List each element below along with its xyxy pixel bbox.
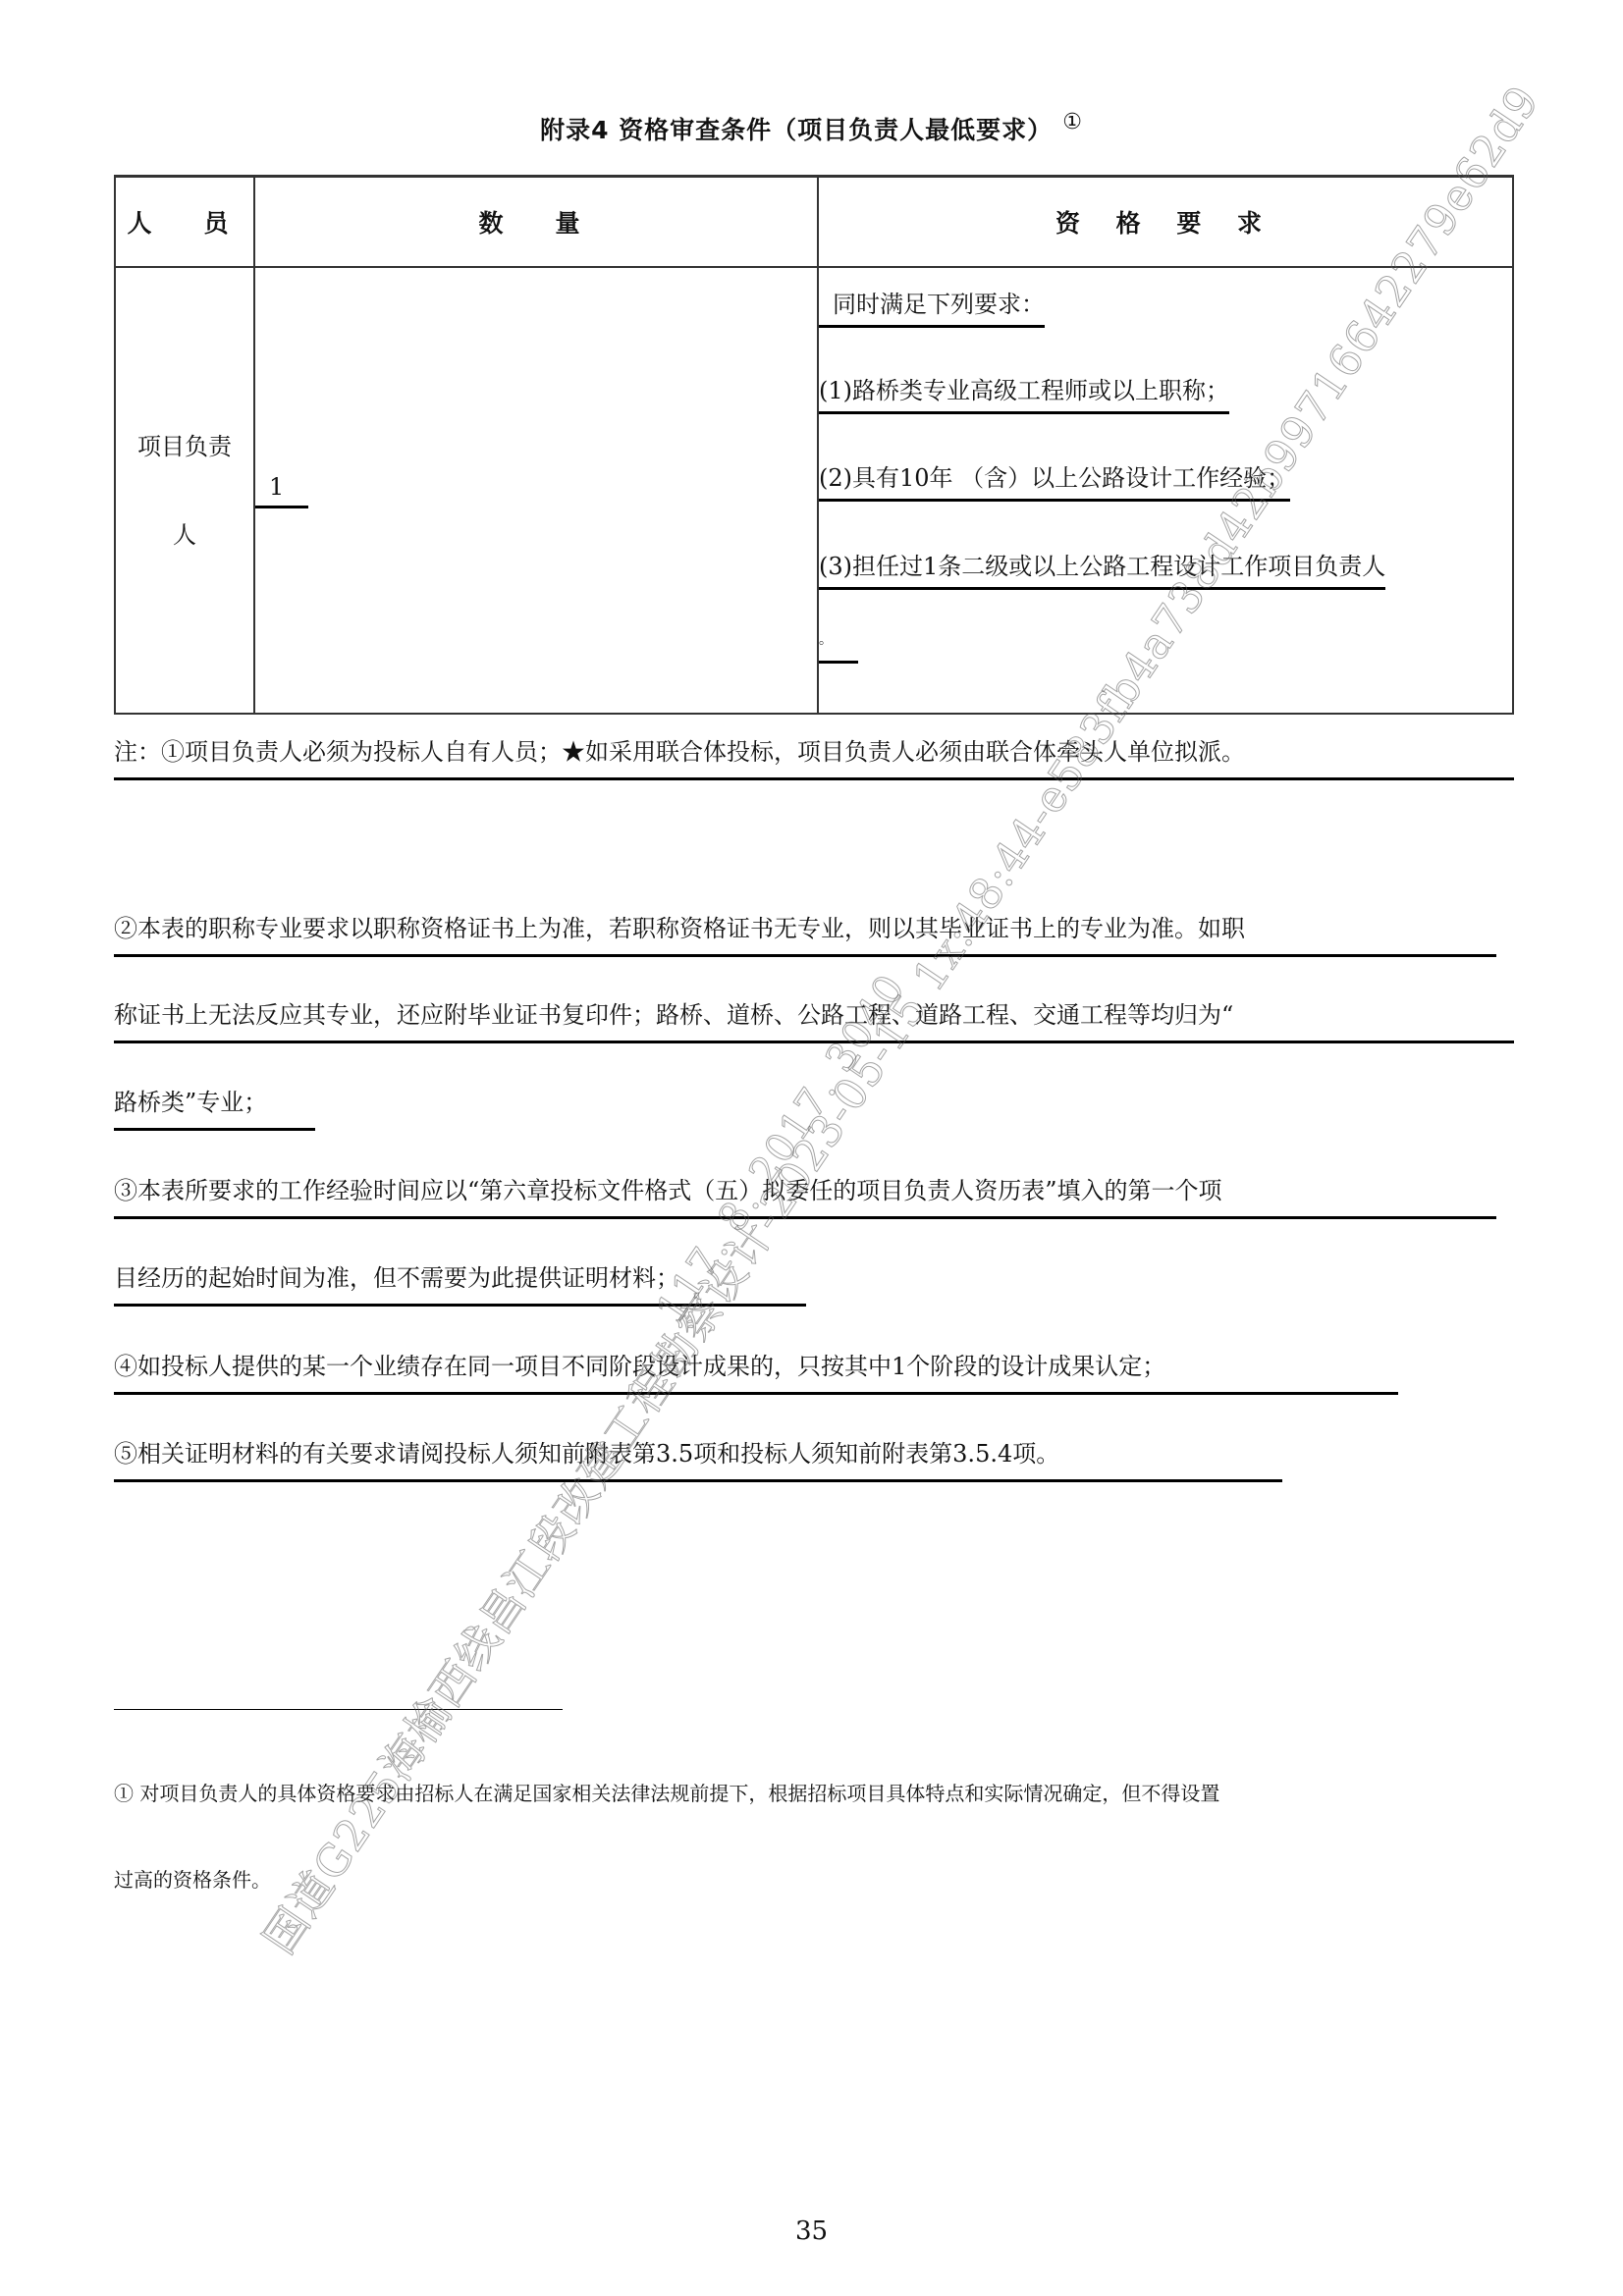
footnote-line1: ① 对项目负责人的具体资格要求由招标人在满足国家相关法律法规前提下，根据招标项目…	[114, 1779, 1219, 1808]
requirement-item-3-end: 。	[819, 623, 858, 664]
note-4: ④如投标人提供的某一个业绩存在同一项目不同阶段设计成果的，只按其中1个阶段的设计…	[114, 1349, 1398, 1395]
role-line1: 项目负责	[116, 402, 253, 491]
note-2-line3: 路桥类”专业；	[114, 1085, 315, 1131]
requirement-item-2: (2)具有10年 （含）以上公路设计工作经验；	[819, 461, 1290, 502]
header-personnel: 人 员	[115, 177, 254, 268]
quantity-cell: 1	[254, 267, 818, 714]
footnote-marker: ①	[1062, 110, 1083, 134]
requirements-cell: 同时满足下列要求： (1)路桥类专业高级工程师或以上职称； (2)具有10年 （…	[818, 267, 1513, 714]
table-row: 项目负责 人 1 同时满足下列要求： (1)路桥类专业高级工程师或以上职称； (…	[115, 267, 1513, 714]
note-3-line2: 目经历的起始时间为准，但不需要为此提供证明材料；	[114, 1260, 806, 1307]
footnote-separator	[114, 1709, 563, 1710]
table-header-row: 人 员 数 量 资 格 要 求	[115, 177, 1513, 268]
note-2-line1: ②本表的职称专业要求以职称资格证书上为准，若职称资格证书无专业，则以其毕业证书上…	[114, 911, 1496, 957]
page-number: 35	[0, 2216, 1623, 2246]
note-5: ⑤相关证明材料的有关要求请阅投标人须知前附表第3.5项和投标人须知前附表第3.5…	[114, 1436, 1282, 1482]
requirement-item-3: (3)担任过1条二级或以上公路工程设计工作项目负责人	[819, 550, 1385, 590]
requirement-intro: 同时满足下列要求：	[819, 288, 1045, 328]
role-cell: 项目负责 人	[115, 267, 254, 714]
note-2-line2: 称证书上无法反应其专业，还应附毕业证书复印件；路桥、道桥、公路工程、道路工程、交…	[114, 997, 1514, 1043]
role-line2: 人	[116, 491, 253, 579]
requirement-item-1: (1)路桥类专业高级工程师或以上职称；	[819, 374, 1229, 414]
quantity-value: 1	[255, 468, 308, 508]
note-3-line1: ③本表所要求的工作经验时间应以“第六章投标文件格式（五）拟委任的项目负责人资历表…	[114, 1173, 1496, 1219]
title-text: 附录4 资格审查条件（项目负责人最低要求）	[540, 116, 1053, 144]
header-requirements: 资 格 要 求	[818, 177, 1513, 268]
qualification-table: 人 员 数 量 资 格 要 求 项目负责 人 1 同时满足下列要求： (1)路桥…	[114, 175, 1514, 715]
header-quantity: 数 量	[254, 177, 818, 268]
page-title: 附录4 资格审查条件（项目负责人最低要求）①	[0, 110, 1623, 146]
note-1: 注：①项目负责人必须为投标人自有人员；★如采用联合体投标，项目负责人必须由联合体…	[114, 734, 1514, 780]
footnote-line2: 过高的资格条件。	[114, 1865, 271, 1895]
